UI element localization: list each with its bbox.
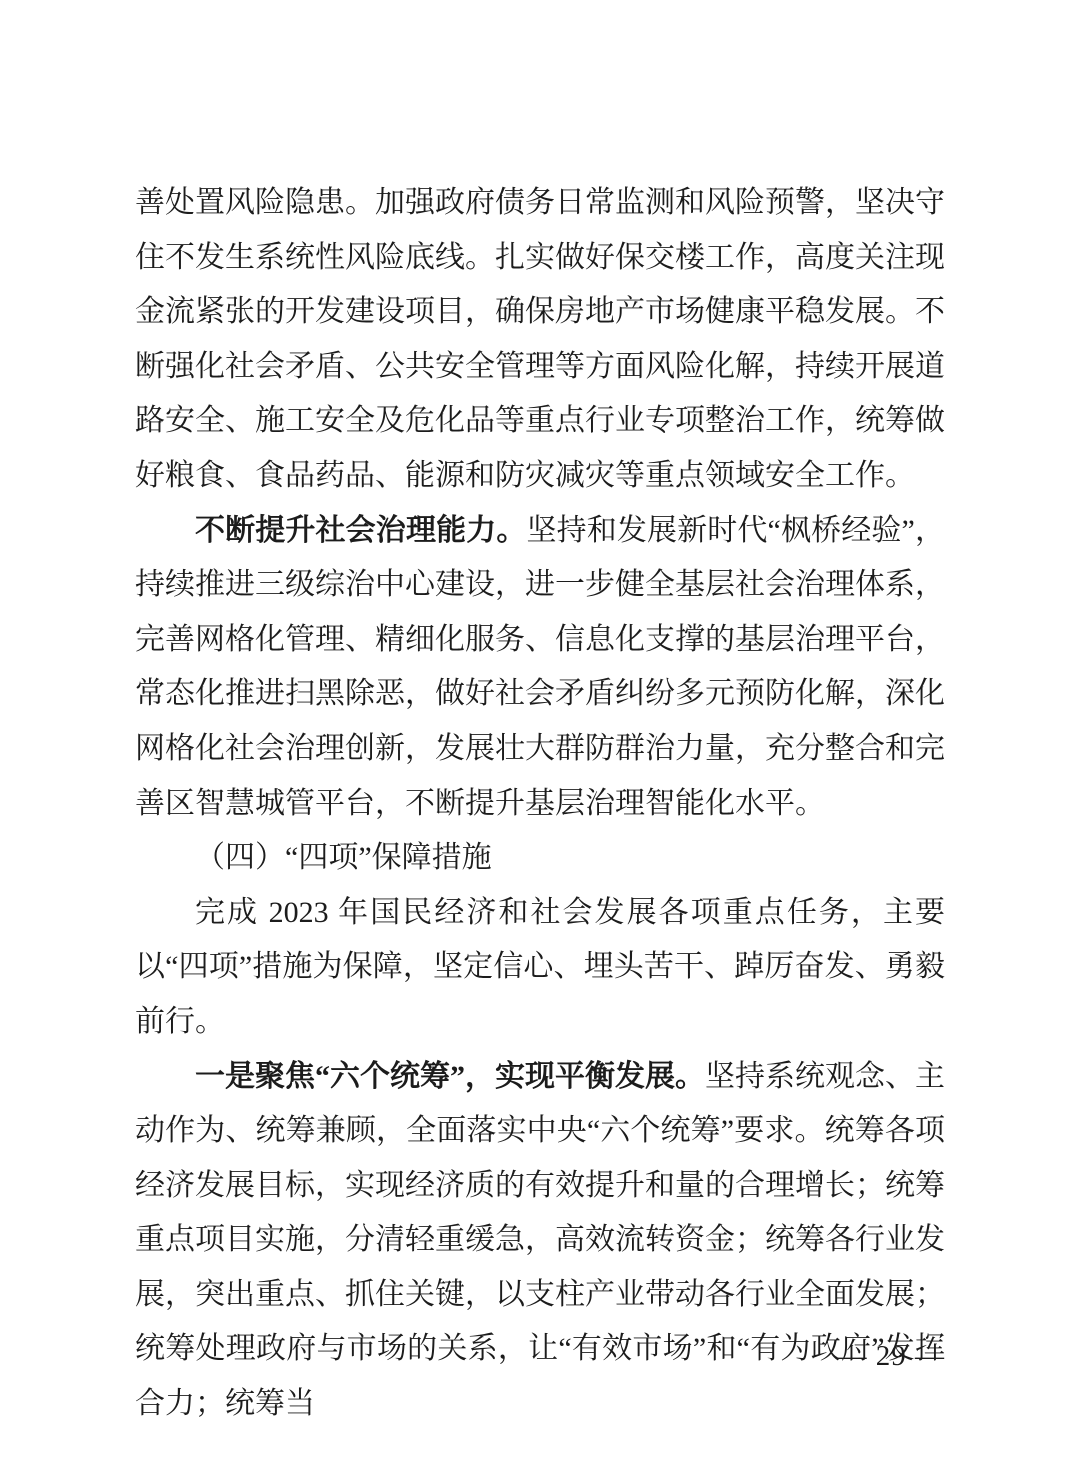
- document-page: 善处置风险隐患。加强政府债务日常监测和风险预警，坚决守住不发生系统性风险底线。扎…: [0, 0, 1074, 1458]
- paragraph-text: 完成 2023 年国民经济和社会发展各项重点任务，主要以“四项”措施为保障，坚定…: [135, 896, 945, 1038]
- paragraph-text: 坚持和发展新时代“枫桥经验”，持续推进三级综治中心建设，进一步健全基层社会治理体…: [135, 514, 945, 820]
- page-number-text: — 29 —: [838, 1340, 946, 1372]
- page-number: — 29 —: [838, 1336, 946, 1376]
- paragraph-text: 善处置风险隐患。加强政府债务日常监测和风险预警，坚决守住不发生系统性风险底线。扎…: [135, 186, 945, 492]
- paragraph-social-governance: 不断提升社会治理能力。坚持和发展新时代“枫桥经验”，持续推进三级综治中心建设，进…: [135, 504, 945, 832]
- text-block: 善处置风险隐患。加强政府债务日常监测和风险预警，坚决守住不发生系统性风险底线。扎…: [135, 176, 945, 1432]
- paragraph-risk-prevention: 善处置风险隐患。加强政府债务日常监测和风险预警，坚决守住不发生系统性风险底线。扎…: [135, 176, 945, 504]
- paragraph-bold-lead: 不断提升社会治理能力。: [195, 514, 526, 547]
- section-heading-four-measures: （四）“四项”保障措施: [135, 831, 945, 886]
- paragraph-six-coordinations: 一是聚焦“六个统筹”，实现平衡发展。坚持系统观念、主动作为、统筹兼顾，全面落实中…: [135, 1050, 945, 1432]
- paragraph-text: 坚持系统观念、主动作为、统筹兼顾，全面落实中央“六个统筹”要求。统筹各项经济发展…: [135, 1060, 945, 1421]
- paragraph-bold-lead: 一是聚焦“六个统筹”，实现平衡发展。: [195, 1060, 705, 1093]
- section-heading-text: （四）“四项”保障措施: [195, 841, 492, 874]
- paragraph-complete-tasks: 完成 2023 年国民经济和社会发展各项重点任务，主要以“四项”措施为保障，坚定…: [135, 886, 945, 1050]
